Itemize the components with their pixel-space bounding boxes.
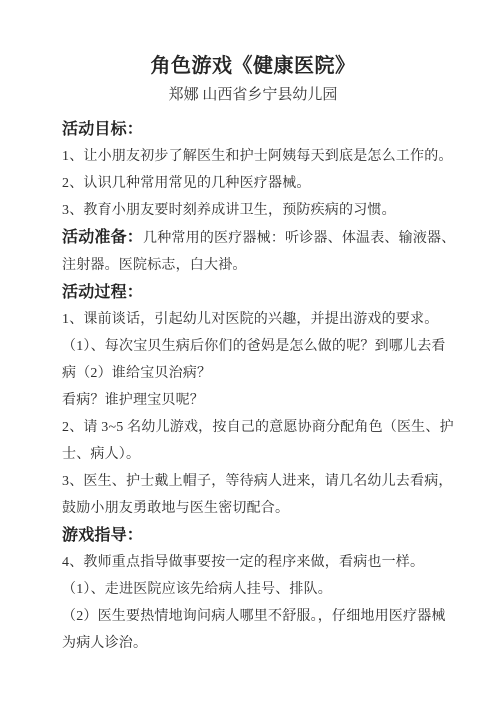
doc-line-process-2: 2、请 3~5 名幼儿游戏，按自己的意愿协商分配角色（医生、护 <box>62 414 444 441</box>
doc-line-preparation-1-text: 几种常用的医疗器械：听诊器、体温表、输液器、 <box>143 231 455 246</box>
doc-line-guidance-4b: （2）医生要热情地询问病人哪里不舒服。，仔细地用医疗器械 <box>62 603 444 630</box>
doc-line-goal-2: 2、认识几种常用常见的几种医疗器械。 <box>62 170 444 197</box>
section-heading-activity-process: 活动过程： <box>62 279 444 306</box>
section-heading-activity-preparation: 活动准备： <box>62 229 143 246</box>
doc-line-guidance-4a: （1）、走进医院应该先给病人挂号、排队。 <box>62 576 444 603</box>
section-heading-activity-goals: 活动目标： <box>62 116 444 143</box>
doc-line-process-1c: 看病？谁护理宝贝呢？ <box>62 387 444 414</box>
section-heading-game-guidance: 游戏指导： <box>62 522 444 549</box>
doc-line-goal-3: 3、教育小朋友要时刻养成讲卫生，预防疾病的习惯。 <box>62 197 444 224</box>
doc-line-process-1a: （1）、每次宝贝生病后你们的爸妈是怎么做的呢？到哪儿去看 <box>62 333 444 360</box>
doc-line-process-1b: 病（2）谁给宝贝治病？ <box>62 360 444 387</box>
doc-line-process-3b: 鼓励小朋友勇敢地与医生密切配合。 <box>62 495 444 522</box>
doc-line-process-3: 3、医生、护士戴上帽子，等待病人进来，请几名幼儿去看病， <box>62 468 444 495</box>
doc-line-preparation-1: 活动准备：几种常用的医疗器械：听诊器、体温表、输液器、 <box>62 224 444 252</box>
doc-line-preparation-2: 注射器。医院标志，白大褂。 <box>62 252 444 279</box>
doc-line-process-2b: 士、病人）。 <box>62 441 444 468</box>
doc-title: 角色游戏《健康医院》 <box>62 50 444 82</box>
doc-byline: 郑娜 山西省乡宁县幼儿园 <box>62 82 444 108</box>
doc-line-goal-1: 1、让小朋友初步了解医生和护士阿姨每天到底是怎么工作的。 <box>62 143 444 170</box>
doc-line-guidance-4: 4、教师重点指导做事要按一定的程序来做，看病也一样。 <box>62 549 444 576</box>
doc-line-guidance-4c: 为病人诊治。 <box>62 630 444 657</box>
document-page: 角色游戏《健康医院》 郑娜 山西省乡宁县幼儿园 活动目标： 1、让小朋友初步了解… <box>0 0 500 708</box>
doc-line-process-1: 1、课前谈话，引起幼儿对医院的兴趣，并提出游戏的要求。 <box>62 306 444 333</box>
